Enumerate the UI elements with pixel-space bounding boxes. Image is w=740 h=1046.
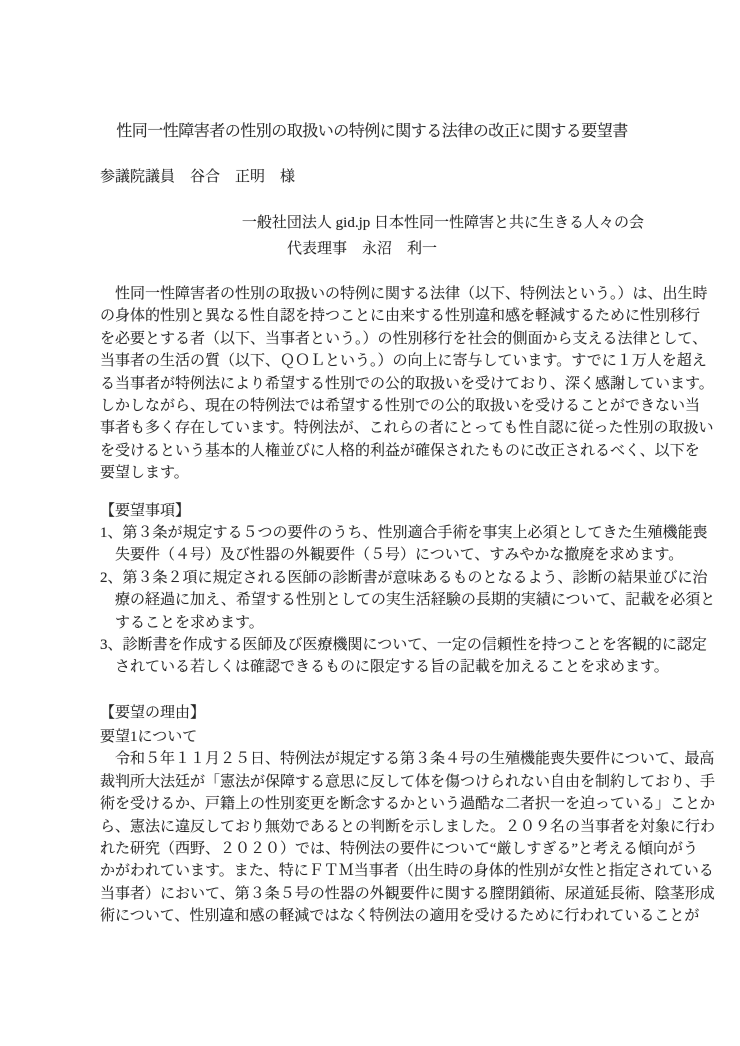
text-line: 術について、性別違和感の軽減ではなく特例法の適用を受けるために行われていることが (100, 905, 644, 927)
text-line: 1、第３条が規定する５つの要件のうち、性別適合手術を事実上必須としてきた生殖機能… (100, 522, 644, 544)
request-reasons-heading: 【要望の理由】 (100, 702, 644, 724)
text-line: 令和５年１１月２５日、特例法が規定する第３条４号の生殖機能喪失要件について、最高 (100, 748, 644, 770)
intro-paragraph: 性同一性障害者の性別の取扱いの特例に関する法律（以下、特例法という。）は、出生時… (100, 283, 644, 485)
document-page: 性同一性障害者の性別の取扱いの特例に関する法律の改正に関する要望書 参議院議員 … (0, 0, 740, 1046)
text-line: を必要とする者（以下、当事者という。）の性別移行を社会的側面から支える法律として… (100, 328, 644, 350)
request-reasons-paragraph: 要望1について 令和５年１１月２５日、特例法が規定する第３条４号の生殖機能喪失要… (100, 726, 644, 928)
text-line: 事者も多く存在しています。特例法が、これらの者にとっても性自認に従った性別の取扱… (100, 417, 644, 439)
text-line: ら、憲法に違反しており無効であるとの判断を示しました。２０９名の当事者を対象に行… (100, 816, 644, 838)
request-items-list: 1、第３条が規定する５つの要件のうち、性別適合手術を事実上必須としてきた生殖機能… (100, 522, 644, 679)
text-line: を受けるという基本的人権並びに人格的利益が確保されたものに改正されるべく、以下を (100, 440, 644, 462)
text-line: 当事者の生活の質（以下、ＱＯＬという。）の向上に寄与しています。すでに１万人を超… (100, 350, 644, 372)
text-line: 失要件（４号）及び性器の外観要件（５号）について、すみやかな撤廃を求めます。 (100, 544, 644, 566)
text-line: しかしながら、現在の特例法では希望する性別での公的取扱いを受けることができない当 (100, 395, 644, 417)
text-line: 術を受けるか、戸籍上の性別変更を断念するかという過酷な二者択一を迫っている」こと… (100, 793, 644, 815)
text-line: されている若しくは確認できるものに限定する旨の記載を加えることを求めます。 (100, 656, 644, 678)
text-line: することを求めます。 (100, 612, 644, 634)
sender-representative-line: 代表理事 永沼 利一 (100, 238, 644, 260)
text-line: る当事者が特例法により希望する性別での公的取扱いを受けており、深く感謝しています… (100, 373, 644, 395)
text-line: 要望1について (100, 726, 644, 748)
text-line: 要望します。 (100, 462, 644, 484)
request-items-heading: 【要望事項】 (100, 500, 644, 522)
text-line: 療の経過に加え、希望する性別としての実生活経験の長期的実績について、記載を必須と (100, 589, 644, 611)
text-line: 3、診断書を作成する医師及び医療機関について、一定の信頼性を持つことを客観的に認… (100, 634, 644, 656)
text-line: 当事者）において、第３条５号の性器の外観要件に関する膣閉鎖術、尿道延長術、陰茎形… (100, 883, 644, 905)
text-line: の身体的性別と異なる性自認を持つことに由来する性別違和感を軽減するために性別移行 (100, 305, 644, 327)
text-line: 性同一性障害者の性別の取扱いの特例に関する法律（以下、特例法という。）は、出生時 (100, 283, 644, 305)
text-line: 2、第３条２項に規定される医師の診断書が意味あるものとなるよう、診断の結果並びに… (100, 567, 644, 589)
text-line: れた研究（西野、２０２０）では、特例法の要件について“厳しすぎる”と考える傾向が… (100, 838, 644, 860)
text-line: かがわれています。また、特にＦＴＭ当事者（出生時の身体的性別が女性と指定されてい… (100, 860, 644, 882)
text-line: 裁判所大法廷が「憲法が保障する意思に反して体を傷つけられない自由を制約しており、… (100, 771, 644, 793)
sender-organization-line: 一般社団法人 gid.jp 日本性同一性障害と共に生きる人々の会 (100, 212, 644, 234)
document-title: 性同一性障害者の性別の取扱いの特例に関する法律の改正に関する要望書 (100, 120, 644, 144)
addressee-line: 参議院議員 谷合 正明 様 (100, 166, 644, 188)
